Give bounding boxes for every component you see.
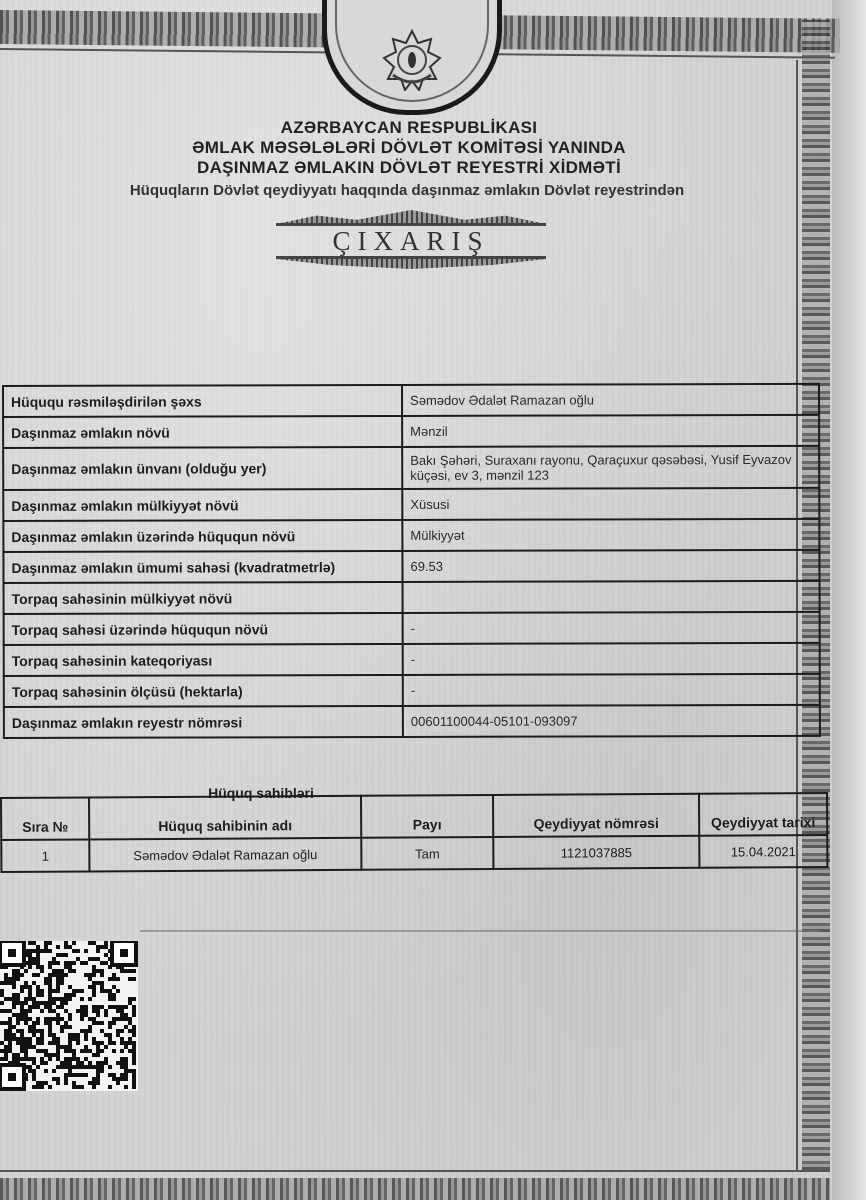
state-emblem-icon xyxy=(381,29,443,91)
field-value: Səmədov Ədalət Ramazan oğlu xyxy=(402,384,819,416)
header-line-3: DAŞINMAZ ƏMLAKIN DÖVLƏT REYESTRİ XİDMƏTİ xyxy=(0,158,842,178)
table-row: Hüququ rəsmiləşdirilən şəxsSəmədov Ədalə… xyxy=(3,384,819,417)
ornamental-border-bottom xyxy=(0,1178,830,1200)
field-label: Daşınmaz əmlakın reyestr nömrəsi xyxy=(4,706,403,738)
cell-owner-name: Səmədov Ədalət Ramazan oğlu xyxy=(89,838,361,872)
title-rule xyxy=(276,256,546,259)
table-row: Daşınmaz əmlakın ünvanı (olduğu yer)Bakı… xyxy=(3,446,819,490)
field-value: Mənzil xyxy=(402,415,819,447)
table-row: Torpaq sahəsinin ölçüsü (hektarla)- xyxy=(4,674,820,707)
document-title: ÇIXARIŞ xyxy=(276,226,546,257)
table-row: 1 Səmədov Ədalət Ramazan oğlu Tam 112103… xyxy=(1,835,827,872)
field-value: 69.53 xyxy=(402,550,819,582)
field-label: Torpaq sahəsi üzərində hüququn növü xyxy=(4,613,403,645)
divider xyxy=(140,930,820,932)
table-row: Torpaq sahəsinin kateqoriyası- xyxy=(4,643,820,676)
owners-table: Sıra № Hüquq sahibinin adı Payı Qeydiyya… xyxy=(0,792,828,873)
field-label: Daşınmaz əmlakın növü xyxy=(3,416,402,448)
field-label: Torpaq sahəsinin mülkiyyət növü xyxy=(4,582,403,614)
column-header: Qeydiyyat tarixi xyxy=(699,793,827,836)
table-row: Torpaq sahəsi üzərində hüququn növü- xyxy=(4,612,820,645)
field-value: Mülkiyyət xyxy=(402,519,819,551)
field-value: - xyxy=(403,643,820,675)
field-label: Daşınmaz əmlakın ümumi sahəsi (kvadratme… xyxy=(3,551,402,583)
cell-index: 1 xyxy=(1,839,89,872)
table-row: Daşınmaz əmlakın növüMənzil xyxy=(3,415,819,448)
table-row: Daşınmaz əmlakın mülkiyyət növüXüsusi xyxy=(3,488,819,521)
paper-edge xyxy=(832,0,866,1200)
cell-registration-number: 1121037885 xyxy=(493,836,699,869)
header-line-1: AZƏRBAYCAN RESPUBLİKASI xyxy=(0,118,842,138)
table-row: Daşınmaz əmlakın reyestr nömrəsi00601100… xyxy=(4,705,820,738)
property-details-table: Hüququ rəsmiləşdirilən şəxsSəmədov Ədalə… xyxy=(2,383,821,739)
field-value: - xyxy=(403,612,820,644)
column-header: Hüquq sahibinin adı xyxy=(89,796,361,840)
field-value: Xüsusi xyxy=(402,488,819,520)
field-value: - xyxy=(403,674,820,706)
field-label: Hüququ rəsmiləşdirilən şəxs xyxy=(3,385,402,417)
cell-share: Tam xyxy=(361,837,493,870)
table-row: Torpaq sahəsinin mülkiyyət növü xyxy=(4,581,820,614)
column-header: Sıra № xyxy=(1,797,89,840)
table-header-row: Sıra № Hüquq sahibinin adı Payı Qeydiyya… xyxy=(1,793,827,840)
field-label: Torpaq sahəsinin kateqoriyası xyxy=(4,644,403,676)
field-label: Daşınmaz əmlakın üzərində hüququn növü xyxy=(3,520,402,552)
qr-code-icon[interactable] xyxy=(0,941,138,1091)
border-line xyxy=(0,1170,830,1172)
column-header: Payı xyxy=(361,795,493,838)
header-subtitle: Hüquqların Dövlət qeydiyyatı haqqında da… xyxy=(0,182,840,199)
field-label: Torpaq sahəsinin ölçüsü (hektarla) xyxy=(4,675,403,707)
field-label: Daşınmaz əmlakın mülkiyyət növü xyxy=(3,489,402,521)
cell-registration-date: 15.04.2021 xyxy=(699,835,827,868)
field-value: Bakı Şəhəri, Suraxanı rayonu, Qaraçuxur … xyxy=(402,446,819,489)
field-label: Daşınmaz əmlakın ünvanı (olduğu yer) xyxy=(3,447,402,490)
field-value xyxy=(403,581,820,613)
table-row: Daşınmaz əmlakın ümumi sahəsi (kvadratme… xyxy=(3,550,819,583)
header-line-2: ƏMLAK MƏSƏLƏLƏRİ DÖVLƏT KOMİTƏSİ YANINDA xyxy=(0,138,842,158)
field-value: 00601100044-05101-093097 xyxy=(403,705,820,737)
table-row: Daşınmaz əmlakın üzərində hüququn növüMü… xyxy=(3,519,819,552)
column-header: Qeydiyyat nömrəsi xyxy=(493,794,699,837)
